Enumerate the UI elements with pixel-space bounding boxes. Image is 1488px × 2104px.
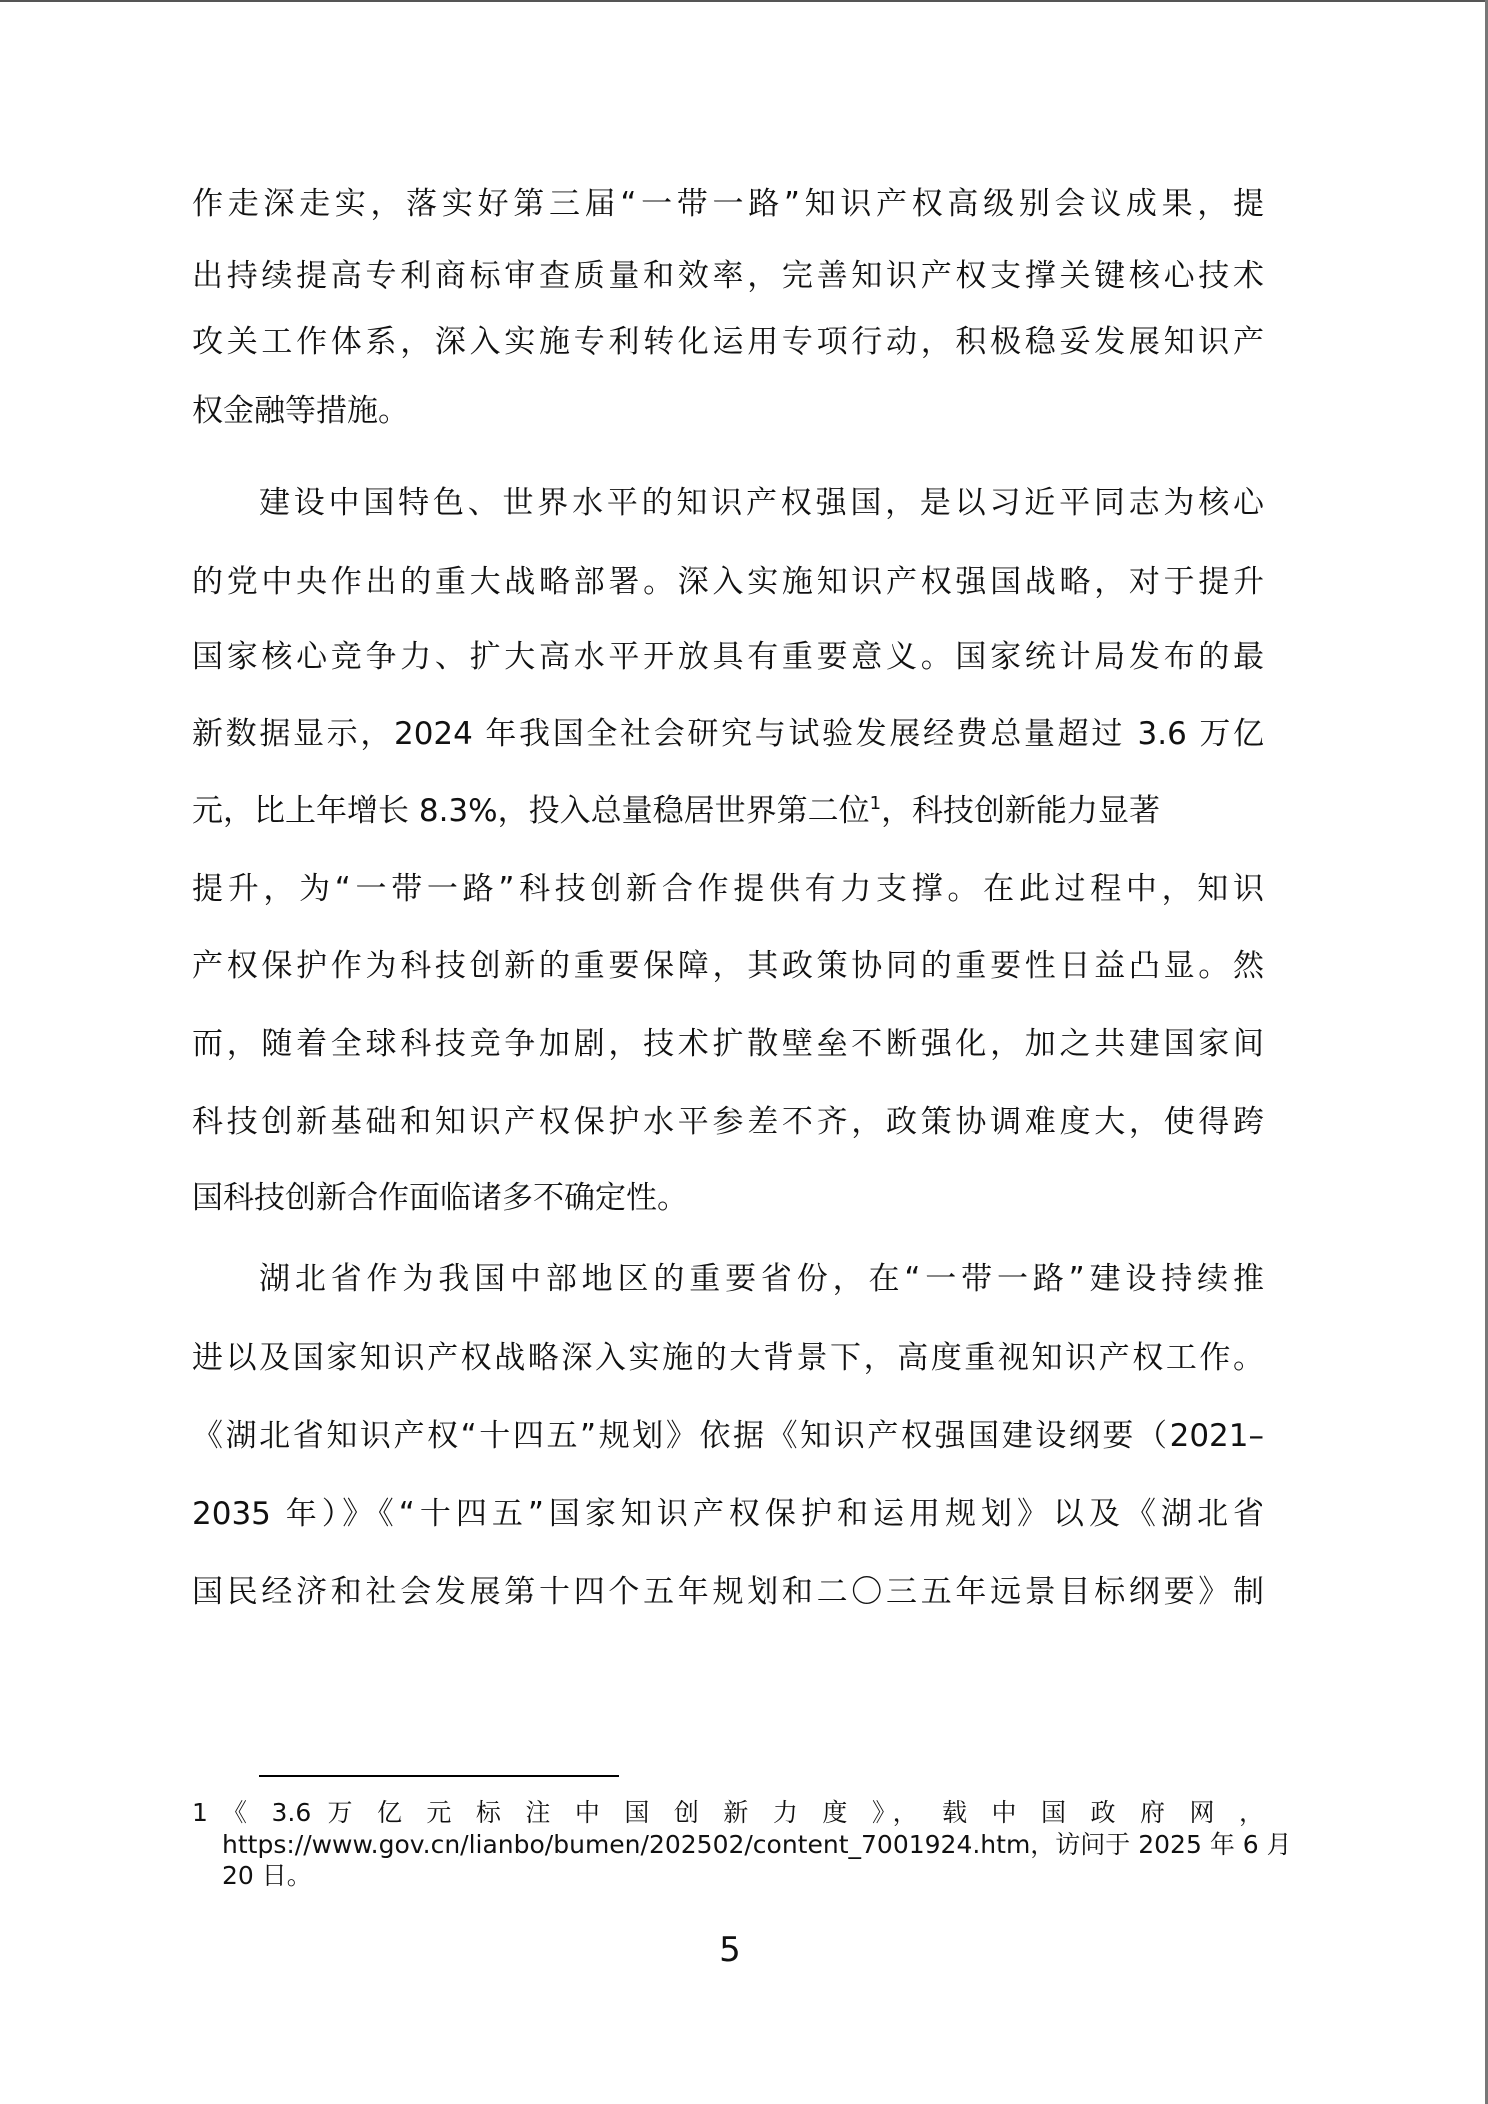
text-segment: 元，比上年增长 8.3%，投入总量稳居世界第二位 xyxy=(192,793,870,829)
text-line: 攻关工作体系，深入实施专利转化运用专项行动，积极稳妥发展知识产 xyxy=(192,322,1264,362)
footnote-text-line: 《 3.6 万 亿 元 标 注 中 国 创 新 力 度 》， 载 中 国 政 府… xyxy=(222,1798,1264,1828)
text-line: 作走深走实，落实好第三届“一带一路”知识产权高级别会议成果，提 xyxy=(192,184,1264,224)
footnote-separator xyxy=(259,1775,619,1777)
text-line: 科技创新基础和知识产权保护水平参差不齐，政策协调难度大，使得跨 xyxy=(192,1102,1264,1142)
text-line: 权金融等措施。 xyxy=(192,391,1264,431)
text-line: 而，随着全球科技竞争加剧，技术扩散壁垒不断强化，加之共建国家间 xyxy=(192,1024,1264,1064)
text-line: 湖北省作为我国中部地区的重要省份，在“一带一路”建设持续推 xyxy=(259,1259,1264,1299)
text-line: 《湖北省知识产权“十四五”规划》依据《知识产权强国建设纲要（2021– xyxy=(192,1416,1264,1456)
document-page: 作走深走实，落实好第三届“一带一路”知识产权高级别会议成果，提 出持续提高专利商… xyxy=(0,0,1488,2104)
text-line-with-footnote-ref: 元，比上年增长 8.3%，投入总量稳居世界第二位1，科技创新能力显著 xyxy=(192,791,1264,831)
text-line: 提升，为“一带一路”科技创新合作提供有力支撑。在此过程中，知识 xyxy=(192,869,1264,909)
page-number: 5 xyxy=(0,1930,1460,1970)
text-line: 新数据显示，2024 年我国全社会研究与试验发展经费总量超过 3.6 万亿 xyxy=(192,714,1264,754)
text-line: 国家核心竞争力、扩大高水平开放具有重要意义。国家统计局发布的最 xyxy=(192,637,1264,677)
text-line: 的党中央作出的重大战略部署。深入实施知识产权强国战略，对于提升 xyxy=(192,562,1264,602)
footnote-url-line[interactable]: https://www.gov.cn/lianbo/bumen/202502/c… xyxy=(222,1830,1264,1860)
text-line: 进以及国家知识产权战略深入实施的大背景下，高度重视知识产权工作。 xyxy=(192,1338,1264,1378)
text-line: 出持续提高专利商标审查质量和效率，完善知识产权支撑关键核心技术 xyxy=(192,256,1264,296)
text-line: 国科技创新合作面临诸多不确定性。 xyxy=(192,1178,1264,1218)
footnote-text-line: 20 日。 xyxy=(222,1861,312,1891)
text-line: 国民经济和社会发展第十四个五年规划和二〇三五年远景目标纲要》制 xyxy=(192,1572,1264,1612)
text-segment: ，科技创新能力显著 xyxy=(881,793,1160,829)
footnote-reference[interactable]: 1 xyxy=(870,793,881,814)
text-line: 产权保护作为科技创新的重要保障，其政策协同的重要性日益凸显。然 xyxy=(192,946,1264,986)
text-line: 2035 年）》《“十四五”国家知识产权保护和运用规划》以及《湖北省 xyxy=(192,1494,1264,1534)
footnote-number: 1 xyxy=(192,1798,208,1828)
text-line: 建设中国特色、世界水平的知识产权强国，是以习近平同志为核心 xyxy=(259,483,1264,523)
